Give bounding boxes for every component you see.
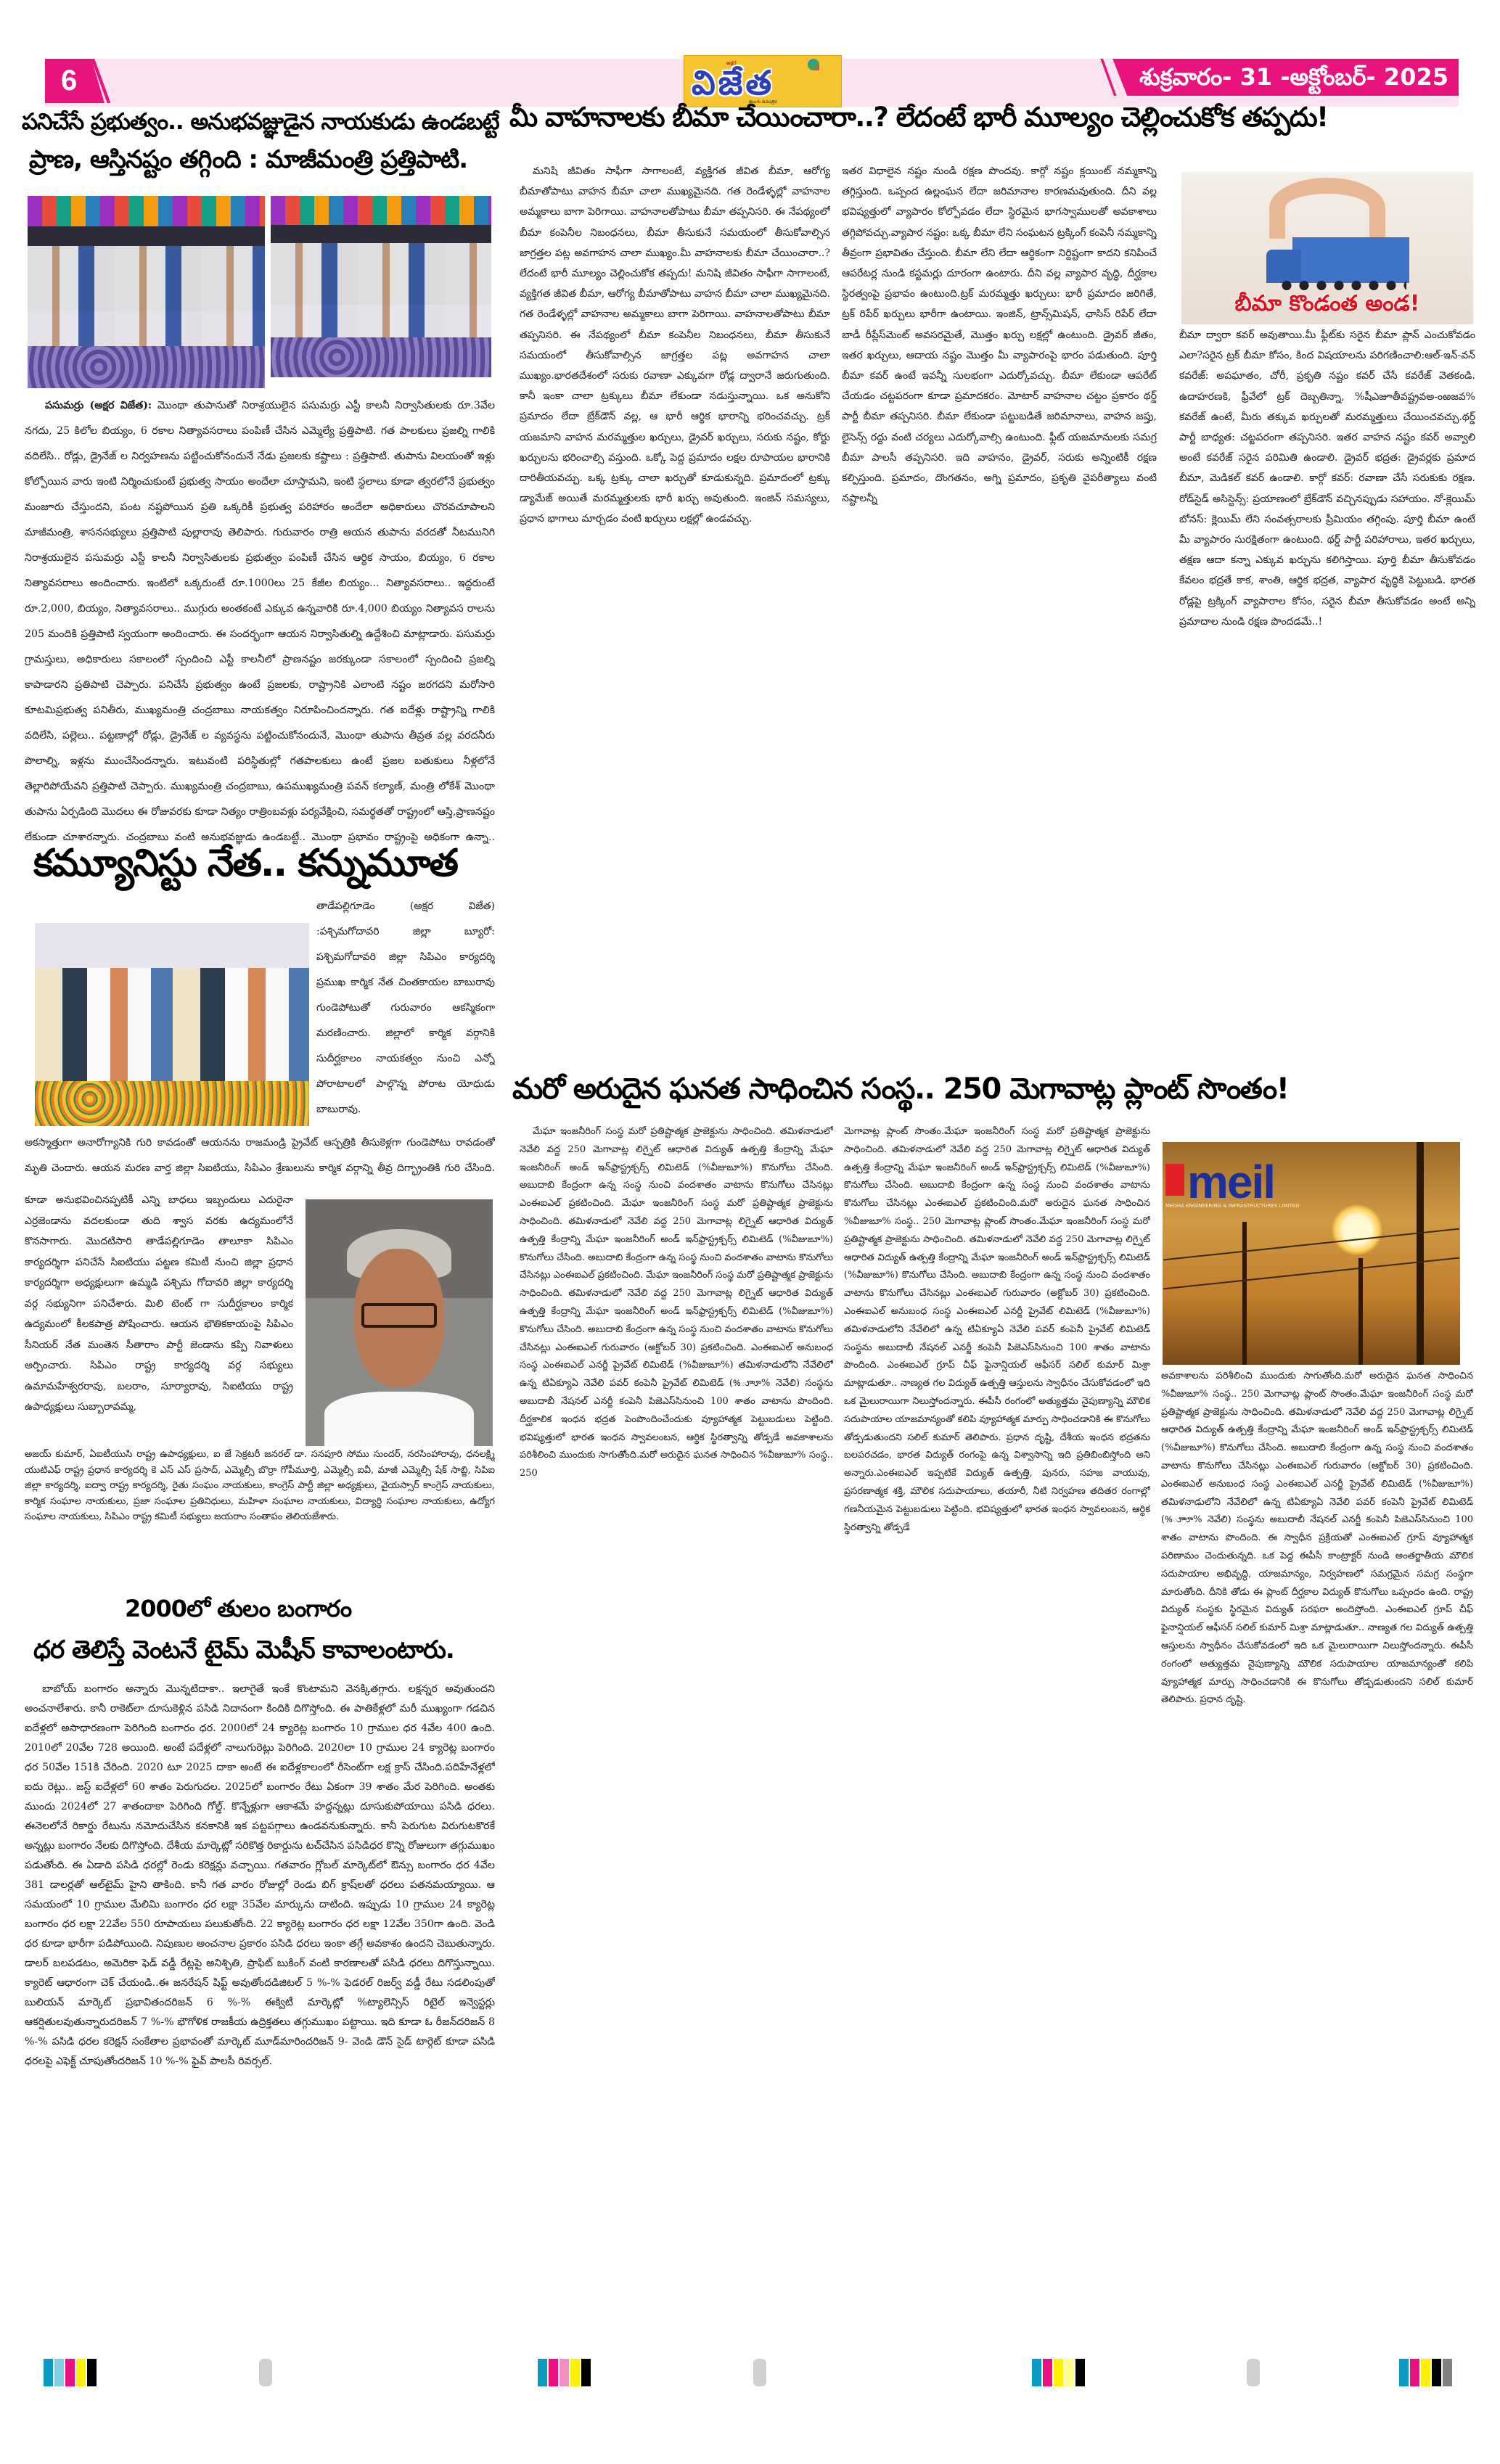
gold-kicker: 2000లో తులం బంగారం [125, 1595, 351, 1628]
registration-mark [1247, 2359, 1260, 2386]
leader-portrait-photo [306, 1199, 493, 1446]
color-swatch [65, 2359, 75, 2386]
color-bar-group-4 [1399, 2359, 1452, 2386]
communist-dateline: తాడేపల్లిగూడెం (అక్షర విజేత) :పశ్చిమగోదా… [316, 900, 495, 937]
color-swatch [76, 2359, 86, 2386]
insurance-col-2: ఇతర విధాలైన నష్టం నుండి రక్షణ పొందవు. కా… [842, 161, 1157, 1039]
tent-canopy [28, 196, 265, 226]
color-swatch [1399, 2359, 1409, 2386]
mourning-photo [35, 923, 309, 1126]
flower-garlands [35, 1081, 309, 1126]
people-group [271, 243, 491, 343]
flood-article-body: పసుమర్రు (అక్షర విజేత): మొంథా తుపానుతో న… [25, 393, 495, 858]
insurance-headline: మీ వాహనాలకు బీమా చేయించారా..? లేదంటే భార… [509, 102, 1328, 139]
insurance-col-1: మనిషి జీవితం సాఫీగా సాగాలంటే, వ్యక్తిగత … [520, 161, 830, 1039]
communist-full-body: అకస్మాత్తుగా అనారోగ్యానికి గురి కావడంతో … [25, 1130, 495, 1187]
table-cloth [271, 337, 491, 377]
color-bar-group-1 [44, 2359, 97, 2386]
color-swatch [549, 2359, 558, 2386]
color-swatch [581, 2359, 591, 2386]
communist-wrap-body: కూడా అనుభవించినప్పటికీ ఎన్ని బాధలు ఇబ్బం… [25, 1190, 293, 1437]
meil-col-2: మెగావాట్ల ప్లాంట్ సొంతం.మేఘా ఇంజనీరింగ్ … [844, 1123, 1150, 2309]
registration-mark [259, 2359, 272, 2386]
color-swatch [1421, 2359, 1430, 2386]
color-swatch [1432, 2359, 1441, 2386]
insurance-image-caption: బీమా కొండంత అండ! [1181, 291, 1473, 321]
meil-col-3: అవకాశాలను పరిశీలించి ముందుకు సాగుతోంది.మ… [1161, 1368, 1473, 2311]
flood-relief-photo-2 [271, 196, 491, 377]
color-swatch [1410, 2359, 1419, 2386]
page-number-slash-decoration [90, 59, 112, 103]
color-swatch [1054, 2359, 1063, 2386]
color-swatch [87, 2359, 97, 2386]
logo-bird-icon [808, 59, 819, 70]
truck-wheels [1278, 280, 1406, 291]
communist-side-text: పశ్చిమగోదావరి జిల్లా సిపిఎం కార్యదర్శి ప… [316, 951, 495, 1115]
color-swatch [538, 2359, 547, 2386]
newspaper-logo: అక్షర విజేత తెలుగు దినపత్రిక [684, 55, 842, 107]
color-swatch [44, 2359, 53, 2386]
sun [1332, 1204, 1382, 1255]
mourners [35, 968, 309, 1085]
meil-logo-mark [1165, 1164, 1184, 1196]
meil-logo-text: meil [1187, 1155, 1274, 1209]
communist-side-body: తాడేపల్లిగూడెం (అక్షర విజేత) :పశ్చిమగోదా… [316, 894, 495, 1128]
truck-cab [1266, 250, 1301, 283]
flood-relief-photo-1 [28, 196, 265, 388]
people-group [28, 246, 265, 352]
communist-headline: కమ్యూనిస్టు నేత.. కన్నుమూత [33, 842, 457, 895]
electric-pole [1358, 1258, 1363, 1365]
gold-headline: ధర తెలిస్తే వెంటనే టైమ్ మెషీన్ కావాలంటార… [33, 1635, 454, 1670]
protecting-hands [1269, 178, 1386, 239]
color-bar-group-3 [1032, 2359, 1085, 2386]
issue-date: శుక్రవారం- 31 -అక్టోంబర్- 2025 [1094, 59, 1459, 96]
meil-headline: మరో అరుదైన ఘనత సాధించిన సంస్థ.. 250 మెగా… [512, 1072, 1288, 1113]
meil-col-1: మేఘా ఇంజనీరింగ్ సంస్థ మరో ప్రతిష్టాత్మక … [520, 1123, 833, 2309]
gold-article-body: బాబోయ్ బంగారం అన్నారు మొన్నటిదాకా.. ఇలాగ… [25, 1680, 495, 2325]
flood-headline-line2: ప్రాణ, ఆస్తినష్టం తగ్గింది : మాజీమంత్రి … [29, 145, 467, 180]
meil-power-photo: meil MEGHA ENGINEERING & INFRASTRUCTURES… [1163, 1142, 1460, 1365]
color-swatch [1443, 2359, 1452, 2386]
power-wire [1163, 1257, 1459, 1290]
color-swatch [570, 2359, 580, 2386]
electric-pole [1242, 1222, 1247, 1365]
ladder [1417, 1142, 1424, 1365]
color-swatch [1075, 2359, 1085, 2386]
power-wire [1163, 1228, 1459, 1261]
meil-logo-subtitle: MEGHA ENGINEERING & INFRASTRUCTURES LIMI… [1165, 1203, 1300, 1209]
shirt [324, 1392, 474, 1446]
tent-canopy [271, 196, 491, 225]
color-swatch [1043, 2359, 1052, 2386]
communist-end-body: అజయ్ కుమార్, ఏఐటీయుసి రాష్ట్ర ఉపాధ్యక్షు… [25, 1447, 495, 1585]
flood-headline-line1: పనిచేసే ప్రభుత్వం.. అనుభవజ్ఞుడైన నాయకుడు… [22, 109, 499, 140]
color-bar-group-2 [538, 2359, 591, 2386]
insurance-col-3: బీమా ద్వారా కవర్ అవుతాయి.మీ ఫ్లీట్‌కు సర… [1179, 325, 1475, 1043]
flood-body-text: మొంథా తుపానుతో నిరాశ్రయులైన పసుమర్రు ఎస్… [25, 400, 495, 858]
flood-dateline: పసుమర్రు (అక్షర విజేత): [45, 400, 152, 411]
registration-mark [753, 2359, 766, 2386]
color-swatch [1032, 2359, 1041, 2386]
truck-cargo-box [1292, 237, 1409, 283]
truck-insurance-photo: బీమా కొండంత అండ! [1181, 172, 1473, 324]
glasses [361, 1303, 436, 1328]
table-cloth [28, 346, 265, 388]
color-swatch [54, 2359, 64, 2386]
color-swatch [1065, 2359, 1074, 2386]
color-swatch [560, 2359, 569, 2386]
